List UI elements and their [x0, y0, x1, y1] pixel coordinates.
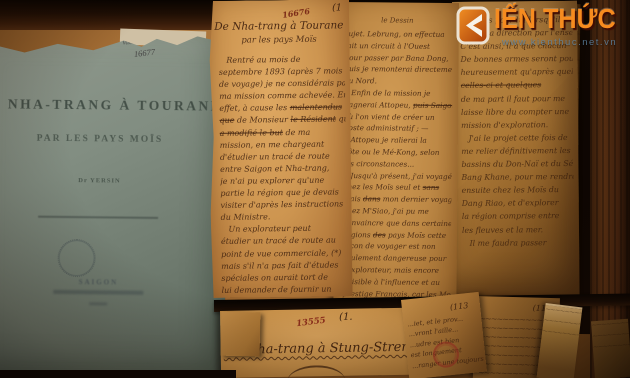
handwriting-line: entre Saigon et Nha-trang,: [220, 162, 346, 176]
handwriting-stroke: [593, 341, 630, 355]
handwriting-line: l'explorateur, mais encore: [343, 264, 451, 277]
photo-display-case: Vacherat 16677 DE NHA-TRANG À TOURANE PA…: [0, 0, 630, 378]
manuscript-page-1: 16676 (1 De Nha-trang à Tourane par les …: [208, 0, 353, 298]
handwriting-line: que de Monsieur le Résident qui: [219, 114, 345, 128]
manuscript-page-5: (113 ...iet, et le prov......vront l'ail…: [401, 292, 487, 378]
corner-paper-fragment: [591, 319, 630, 378]
handwriting-line: gagnerai Attopeu, puis Saigon: [344, 99, 452, 112]
handwriting-line: mission d'exploration.: [461, 118, 573, 132]
handwriting-line: les fleuves et la mer.: [462, 222, 574, 236]
book-catalog-number: 16677: [133, 47, 155, 59]
handwriting-line: Il me faudra passer: [462, 236, 574, 250]
handwriting-line: laisse libre du compter une: [461, 105, 573, 119]
page4-catalog-number: 13555: [296, 316, 327, 330]
page1-heading-line1: De Nha-trang à Tourane: [208, 19, 349, 33]
handwriting-line: De bonnes armes seront pour: [460, 52, 572, 66]
book-year-blurred: [89, 302, 107, 305]
handwriting-line: pour passer par Bana Dong,: [344, 52, 452, 65]
page2-header: le Dessin: [336, 16, 459, 25]
page2-handwriting-body: sujet. Lebrung, on effectuafait un circu…: [342, 28, 452, 312]
kienthuc-logo-icon: [456, 6, 490, 45]
handwriting-line: d'Attopeu je ralierai la: [344, 134, 452, 147]
handwriting-line: poste administratif ; —: [344, 122, 452, 135]
book-rule-line: [38, 216, 158, 219]
handwriting-line: visiter d'après les instructions: [220, 198, 346, 212]
paper-fragment-overlay: [221, 312, 261, 357]
library-stamp: [57, 239, 95, 277]
handwriting-line: où l'on vient de créer un: [344, 111, 452, 124]
handwriting-line: puis je remonterai directement: [344, 63, 452, 76]
page1-catalog-number: 16676: [282, 6, 311, 20]
page1-heading-line2: par les pays Moïs: [208, 34, 349, 46]
handwriting-line: heureusement qu'après quelques: [461, 65, 573, 79]
handwriting-line: chez M'Siao, j'ai pu me: [343, 205, 451, 218]
handwriting-line: les circonstances...: [344, 158, 452, 171]
book-title: DE NHA-TRANG À TOURANE: [0, 96, 237, 115]
handwriting-line: étudier un tracé de route au: [221, 235, 347, 249]
handwriting-line: nuisible à l'influence et au: [343, 276, 451, 289]
handwriting-line: régions des pays Moïs cette: [343, 229, 451, 242]
page4-pen-flourish: [287, 365, 345, 378]
handwriting-line: sujet. Lebrung, on effectua: [345, 28, 453, 41]
page4-folio-number: (1.: [339, 312, 353, 323]
book-cover: Vacherat 16677 DE NHA-TRANG À TOURANE PA…: [0, 34, 228, 378]
handwriting-line: côte ou le Mé-Kong, selon: [344, 146, 452, 159]
handwriting-line: convaincre que dans certaines: [343, 217, 451, 230]
handwriting-line: bassins du Don-Naï et du Sé: [461, 157, 573, 171]
handwriting-line: fait un circuit à l'Ouest: [345, 40, 453, 53]
page5-folio-number: (113: [450, 301, 469, 312]
handwriting-line: la région comprise entre: [462, 209, 574, 223]
handwriting-line: chez les Moïs seul et sans: [343, 181, 451, 194]
handwriting-line: celles-ci et quelques: [461, 78, 573, 92]
kienthuc-logo-text: IẾN THỨC: [494, 3, 616, 35]
book-author: Dr YERSIN: [0, 176, 226, 186]
handwriting-line: au Nord.: [344, 75, 452, 88]
book-subtitle: PAR LES PAYS MOÏS: [0, 133, 227, 146]
book-imprint-place: SAIGON: [0, 277, 225, 288]
page1-folio-number: (1: [332, 2, 342, 13]
handwriting-line: Dang Riao, et d'explorer: [462, 196, 574, 210]
page3-handwriting-body: d'autres pour lui lorsqu'ilsuivre la dir…: [460, 13, 574, 250]
handwriting-line: me relier définitivement les: [461, 144, 573, 158]
handwriting-line: mais s'il n'a pas fait d'études: [221, 259, 347, 273]
handwriting-line: Enfin de la mission je: [344, 87, 452, 100]
handwriting-line: J'ai le projet cette fois de: [461, 131, 573, 145]
handwriting-line: mais dans mon dernier voyage: [343, 193, 451, 206]
handwriting-line: seulement dangereuse pour: [343, 252, 451, 265]
page1-handwriting-body: Rentré au mois deseptembre 1893 (après 7…: [219, 53, 348, 296]
kienthuc-url: www.kienthuc.net.vn: [502, 37, 617, 48]
handwriting-line: façon de voyager est non: [343, 240, 451, 253]
handwriting-line: point de vue commerciale, (*): [221, 247, 347, 261]
book-imprint-line-blurred: [53, 290, 143, 295]
handwriting-line: Jusqu'à présent, j'ai voyagé: [343, 170, 451, 183]
wood-frame-bottom: [0, 370, 236, 378]
handwriting-line: ensuite chez les Moïs du: [462, 183, 574, 197]
handwriting-line: Bang Khane, pour me rendre: [461, 170, 573, 184]
handwriting-line: lui demander de fournir un: [221, 283, 347, 297]
handwriting-line: de ma part il faut pour me: [461, 92, 573, 106]
